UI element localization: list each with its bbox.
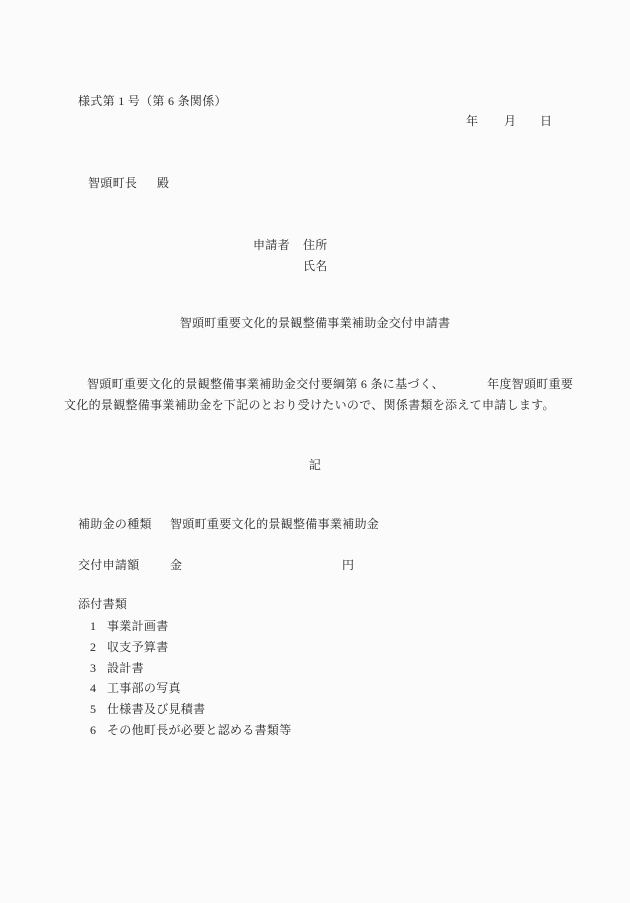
amount-label: 交付申請額: [78, 558, 140, 572]
application-form-page: 様式第 1 号（第 6 条関係） 年 月 日 智頭町長 殿 申請者 住所 氏名 …: [0, 0, 630, 903]
attachment-number: 1: [90, 619, 107, 633]
body-line-1-after-blank: 年度智頭町重要: [487, 377, 573, 391]
attachments-heading: 添付書類: [78, 597, 127, 611]
addressee-name: 智頭町長: [88, 176, 137, 190]
attachment-text: 設計書: [107, 661, 144, 675]
attachment-number: 4: [90, 681, 107, 695]
body-line-2: 文化的景観整備事業補助金を下記のとおり受けたいので、関係書類を添えて申請します。: [64, 398, 555, 412]
amount-currency-suffix: 円: [342, 558, 354, 572]
applicant-name-label: 氏名: [303, 259, 328, 273]
subsidy-type-label: 補助金の種類: [78, 517, 152, 531]
fiscal-year-blank-field: [444, 387, 487, 388]
body-line-1-before-blank: 智頭町重要文化的景観整備事業補助金交付要綱第 6 条に基づく、: [87, 377, 444, 391]
attachment-text: 収支予算書: [107, 640, 169, 654]
attachment-number: 2: [90, 640, 107, 654]
amount-blank-field: [184, 568, 344, 569]
amount-currency-prefix: 金: [170, 558, 182, 572]
date-month-label: 月: [504, 114, 516, 128]
attachment-text: 仕様書及び見積書: [107, 702, 205, 716]
attachment-text: 事業計画書: [107, 619, 169, 633]
applicant-address-label: 住所: [303, 238, 328, 252]
attachment-item: 5仕様書及び見積書: [90, 702, 205, 716]
applicant-label: 申請者: [253, 238, 290, 252]
attachment-text: 工事部の写真: [107, 681, 181, 695]
attachment-number: 5: [90, 702, 107, 716]
date-day-label: 日: [540, 114, 552, 128]
attachment-item: 2収支予算書: [90, 640, 169, 654]
attachment-number: 6: [90, 723, 107, 737]
document-title: 智頭町重要文化的景観整備事業補助金交付申請書: [0, 316, 630, 330]
attachment-item: 6その他町長が必要と認める書類等: [90, 723, 292, 737]
body-line-1: 智頭町重要文化的景観整備事業補助金交付要綱第 6 条に基づく、年度智頭町重要: [87, 377, 573, 391]
attachment-item: 3設計書: [90, 661, 144, 675]
attachment-number: 3: [90, 661, 107, 675]
subsidy-type-value: 智頭町重要文化的景観整備事業補助金: [170, 517, 379, 531]
date-year-label: 年: [466, 114, 478, 128]
addressee-honorific: 殿: [157, 176, 169, 190]
attachment-text: その他町長が必要と認める書類等: [107, 723, 292, 737]
record-heading: 記: [0, 458, 630, 472]
attachment-item: 4工事部の写真: [90, 681, 181, 695]
form-number: 様式第 1 号（第 6 条関係）: [78, 94, 227, 108]
attachment-item: 1事業計画書: [90, 619, 169, 633]
